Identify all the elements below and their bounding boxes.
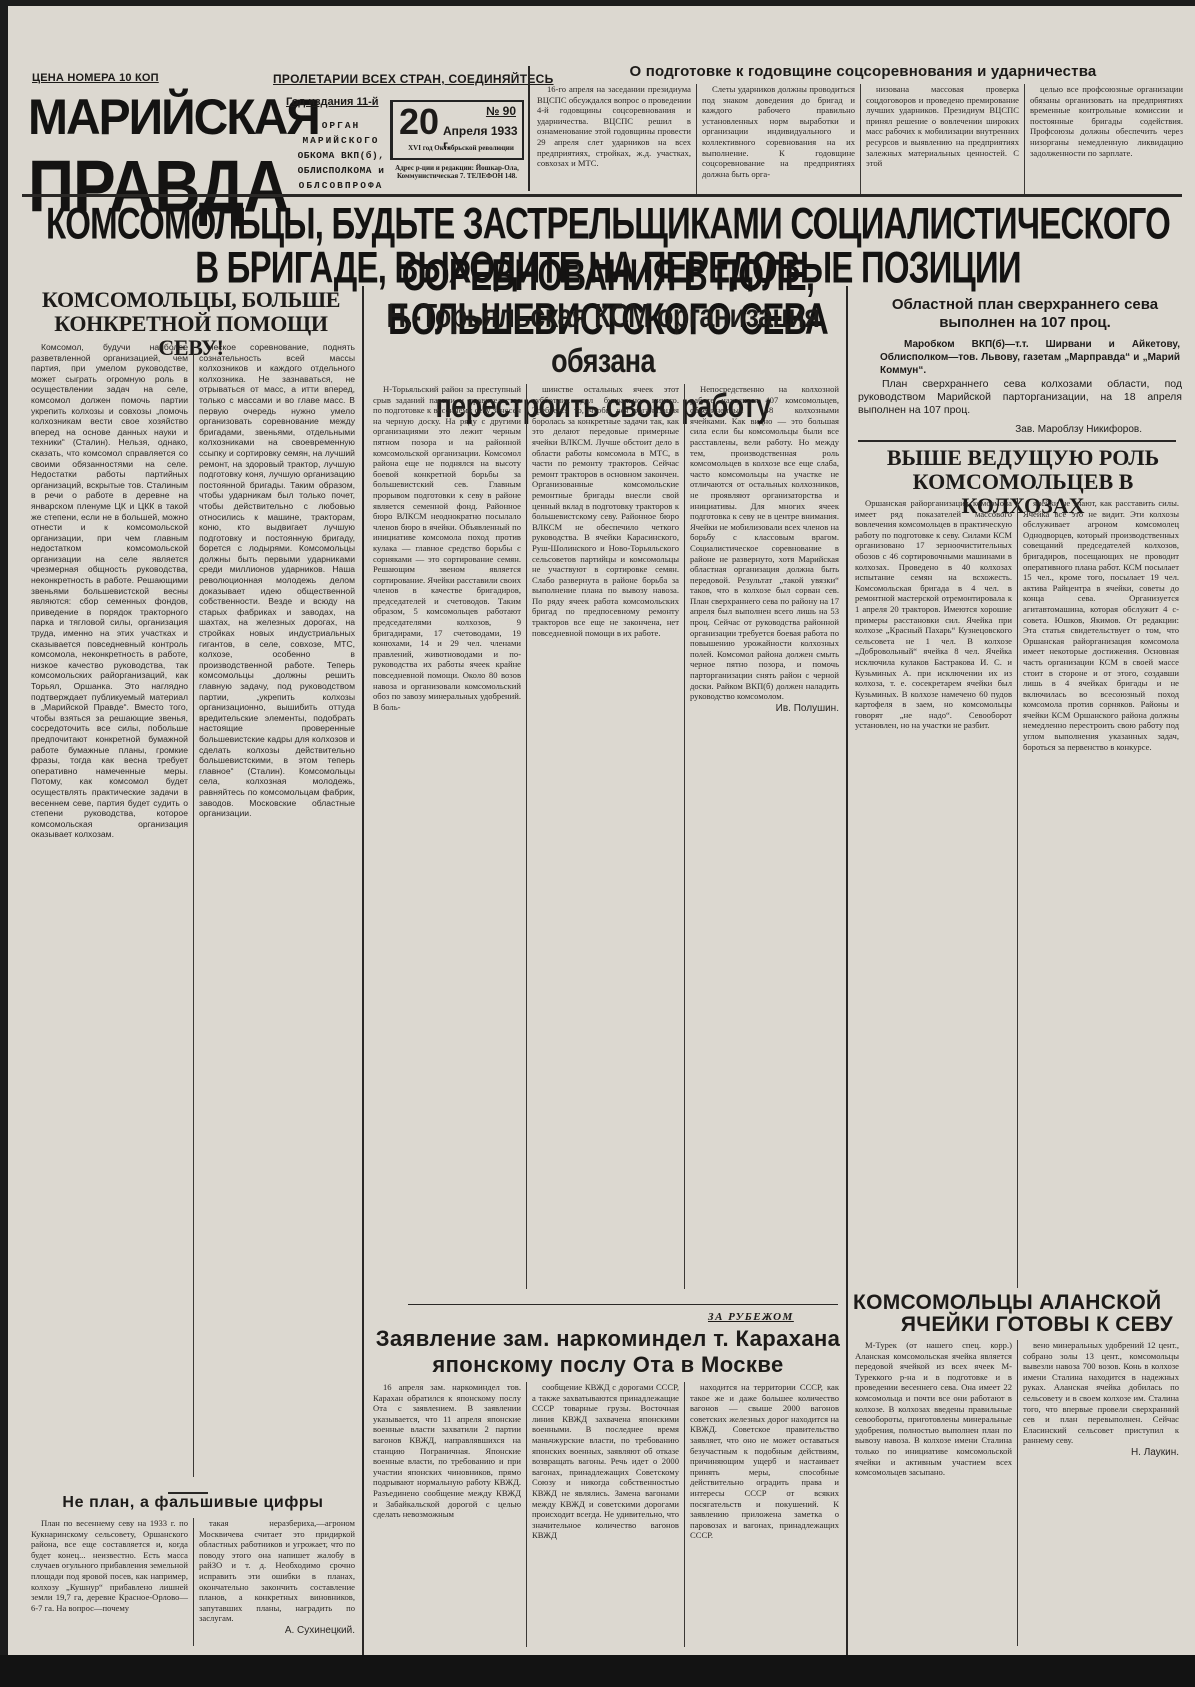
headline-line-1: КОМСОМОЛЬЦЫ АЛАНСКОЙ xyxy=(853,1292,1183,1314)
organ-line: ОРГАН xyxy=(286,118,396,133)
torial-body: Н-Торьяльский район за преступный срыв з… xyxy=(368,384,844,1289)
column-divider xyxy=(846,286,848,1656)
organ-line: ОБКОМА ВКП(б), xyxy=(286,148,396,163)
paragraph: М-Турек (от нашего спец. корр.) Аланская… xyxy=(855,1340,1012,1478)
paragraph: 16 апреля зам. наркоминдел тов. Карахан … xyxy=(373,1382,521,1520)
text-column: Оршанская райорганизация комсомола имеет… xyxy=(850,498,1017,1288)
editorial-body: Комсомол, будучи наиболее разветвленной … xyxy=(26,342,360,1477)
signature: А. Сухинецкий. xyxy=(199,1626,355,1637)
masthead-rule xyxy=(22,194,1182,197)
text-column: Н-Торьяльский район за преступный срыв з… xyxy=(368,384,526,1289)
headline-line-2: японскому послу Ота в Москве xyxy=(368,1352,848,1378)
date-day: 20 xyxy=(399,102,439,142)
paragraph: Н-Торьяльский район за преступный срыв з… xyxy=(373,384,521,712)
text-column: вено минеральных удобрений 12 цент., соб… xyxy=(1017,1340,1184,1646)
paragraph: Непосредственно на колхозной работе нахо… xyxy=(690,384,839,702)
date-box: 20 № 90 Апреля 1933 г. XVI год Октябрьск… xyxy=(390,100,524,160)
organ-line: ОБЛИСПОЛКОМА и xyxy=(286,163,396,178)
headline-line-1: Заявление зам. наркоминдел т. Карахана xyxy=(368,1326,848,1352)
scan-border xyxy=(0,1655,1195,1687)
alanskaya-body: М-Турек (от нашего спец. корр.) Аланская… xyxy=(850,1340,1184,1646)
signature: Зав. Мароблзу Никифоров. xyxy=(858,423,1142,436)
text-column: такая неразбериха,—агроном Москвичева сч… xyxy=(193,1518,360,1646)
paragraph: План сверхраннего сева колхозами области… xyxy=(858,378,1182,417)
text-column: Слеты ударников должны проводиться под з… xyxy=(696,84,860,194)
paragraph: находится на территории СССР, как такое … xyxy=(690,1382,839,1541)
fake-figures-body: План по весеннему севу на 1933 г. по Кук… xyxy=(26,1518,360,1646)
paragraph: целью все профсоюзные организации обязан… xyxy=(1030,84,1183,158)
text-column: 16-го апреля на заседании президиума ВЦС… xyxy=(532,84,696,194)
paragraph: Оршанская райорганизация комсомола имеет… xyxy=(855,498,1012,731)
text-column: шинстве остальных ячеек этот субботник д… xyxy=(526,384,684,1289)
paragraph: такая неразбериха,—агроном Москвичева сч… xyxy=(199,1518,355,1624)
text-column: низована массовая проверка соцдоговоров … xyxy=(860,84,1024,194)
editorial-address: Адрес р-ции и редакции: Йошкар-Ола, Комм… xyxy=(392,164,522,180)
abroad-body: 16 апреля зам. наркоминдел тов. Карахан … xyxy=(368,1382,844,1647)
top-story-headline: О подготовке к годовщине соцсоревнования… xyxy=(538,63,1188,80)
organ-block: ОРГАН МАРИЙСКОГО ОБКОМА ВКП(б), ОБЛИСПОЛ… xyxy=(286,118,396,193)
column-divider xyxy=(362,286,364,1656)
text-column: целью все профсоюзные организации обязан… xyxy=(1024,84,1188,194)
text-column: М-Турек (от нашего спец. корр.) Аланская… xyxy=(850,1340,1017,1646)
issue-number: № 90 xyxy=(486,104,516,118)
abroad-headline: Заявление зам. наркоминдел т. Карахана я… xyxy=(368,1326,848,1378)
title-line-1: МАРИЙСКАЯ xyxy=(28,89,278,147)
telegram-address: Маробком ВКП(б)—т.т. Ширвани и Айкетову,… xyxy=(880,338,1180,377)
regional-plan-body: План сверхраннего сева колхозами области… xyxy=(858,378,1182,436)
text-column: План по весеннему севу на 1933 г. по Кук… xyxy=(26,1518,193,1646)
paragraph: Слеты ударников должны проводиться под з… xyxy=(702,84,855,179)
section-rule xyxy=(408,1304,838,1305)
text-column: 16 апреля зам. наркоминдел тов. Карахан … xyxy=(368,1382,526,1647)
signature: Н. Лаукин. xyxy=(1023,1448,1179,1459)
leading-role-body: Оршанская райорганизация комсомола имеет… xyxy=(850,498,1184,1288)
alanskaya-headline: КОМСОМОЛЬЦЫ АЛАНСКОЙ ЯЧЕЙКИ ГОТОВЫ К СЕВ… xyxy=(853,1292,1183,1336)
regional-plan-headline: Областной план сверхраннего сева выполне… xyxy=(860,296,1190,332)
paragraph: ячейки не знают, как расставить силы. Яч… xyxy=(1023,498,1179,752)
fake-figures-headline: Не план, а фальшивые цифры xyxy=(28,1494,358,1512)
section-rule xyxy=(858,440,1176,442)
organ-line: МАРИЙСКОГО xyxy=(286,133,396,148)
organ-line: ОБЛСОВПРОФА xyxy=(286,178,396,193)
paragraph: шинстве остальных ячеек этот субботник д… xyxy=(532,384,679,638)
revolution-era: XVI год Октябрьской революции xyxy=(401,144,521,152)
text-column: ячейки не знают, как расставить силы. Яч… xyxy=(1017,498,1184,1288)
newspaper-page: ЦЕНА НОМЕРА 10 КОП ПРОЛЕТАРИИ ВСЕХ СТРАН… xyxy=(8,6,1195,1656)
paragraph: ческое соревнование, поднять сознательно… xyxy=(199,342,355,819)
text-column: сообщение КВЖД с дорогами СССР, а также … xyxy=(526,1382,684,1647)
paragraph: сообщение КВЖД с дорогами СССР, а также … xyxy=(532,1382,679,1541)
text-column: Непосредственно на колхозной работе нахо… xyxy=(684,384,844,1289)
text-column: Комсомол, будучи наиболее разветвленной … xyxy=(26,342,193,1477)
issue-price: ЦЕНА НОМЕРА 10 КОП xyxy=(32,72,159,84)
paragraph: низована массовая проверка соцдоговоров … xyxy=(866,84,1019,169)
text-column: находится на территории СССР, как такое … xyxy=(684,1382,844,1647)
paragraph: Комсомол, будучи наиболее разветвленной … xyxy=(31,342,188,840)
paragraph: вено минеральных удобрений 12 цент., соб… xyxy=(1023,1340,1179,1446)
headline-line-2: ЯЧЕЙКИ ГОТОВЫ К СЕВУ xyxy=(853,1314,1183,1336)
signature: Ив. Полушин. xyxy=(690,704,839,715)
column-divider xyxy=(528,66,530,191)
paragraph: План по весеннему севу на 1933 г. по Кук… xyxy=(31,1518,188,1613)
masthead-motto: ПРОЛЕТАРИИ ВСЕХ СТРАН, СОЕДИНЯЙТЕСЬ xyxy=(273,72,554,86)
paragraph: 16-го апреля на заседании президиума ВЦС… xyxy=(537,84,691,169)
publication-year: Год издания 11-й xyxy=(286,96,379,108)
top-story-body: 16-го апреля на заседании президиума ВЦС… xyxy=(532,84,1188,194)
section-tag: ЗА РУБЕЖОМ xyxy=(708,1311,794,1323)
text-column: ческое соревнование, поднять сознательно… xyxy=(193,342,360,1477)
headline-line-1: Н.-Торьяльская КСМ организация обязана xyxy=(364,293,842,383)
